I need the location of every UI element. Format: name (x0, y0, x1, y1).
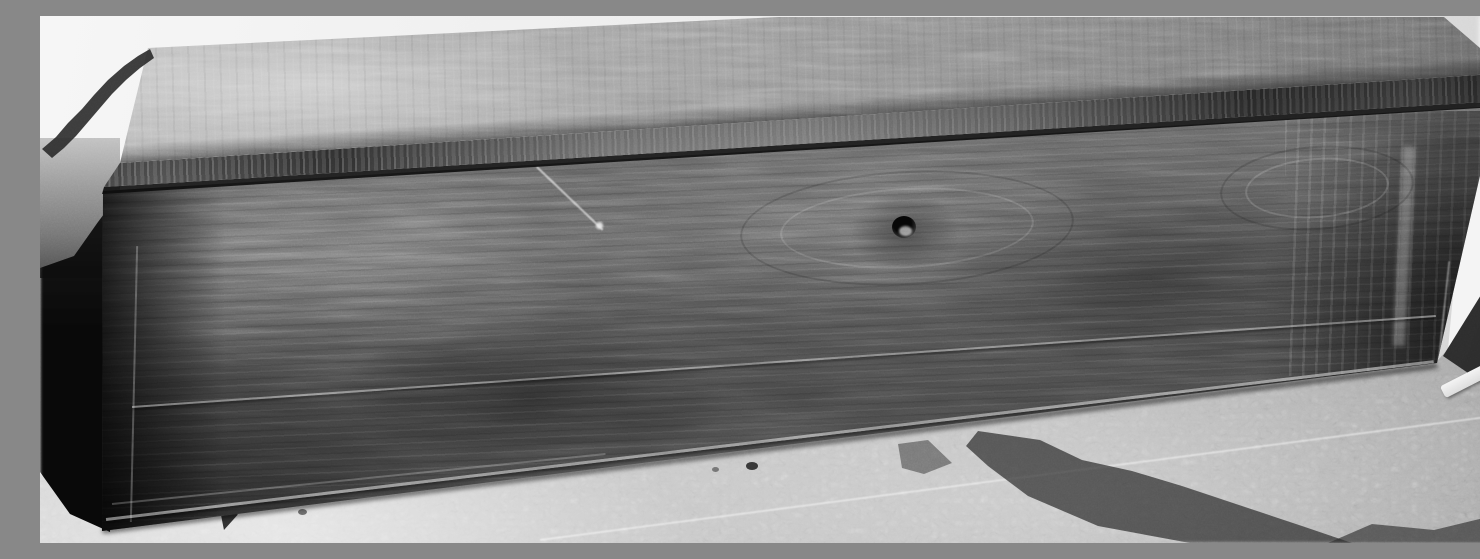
film-grain-overlay (40, 16, 1480, 543)
photo: A long, low dark-wood chest with an over… (40, 16, 1480, 543)
